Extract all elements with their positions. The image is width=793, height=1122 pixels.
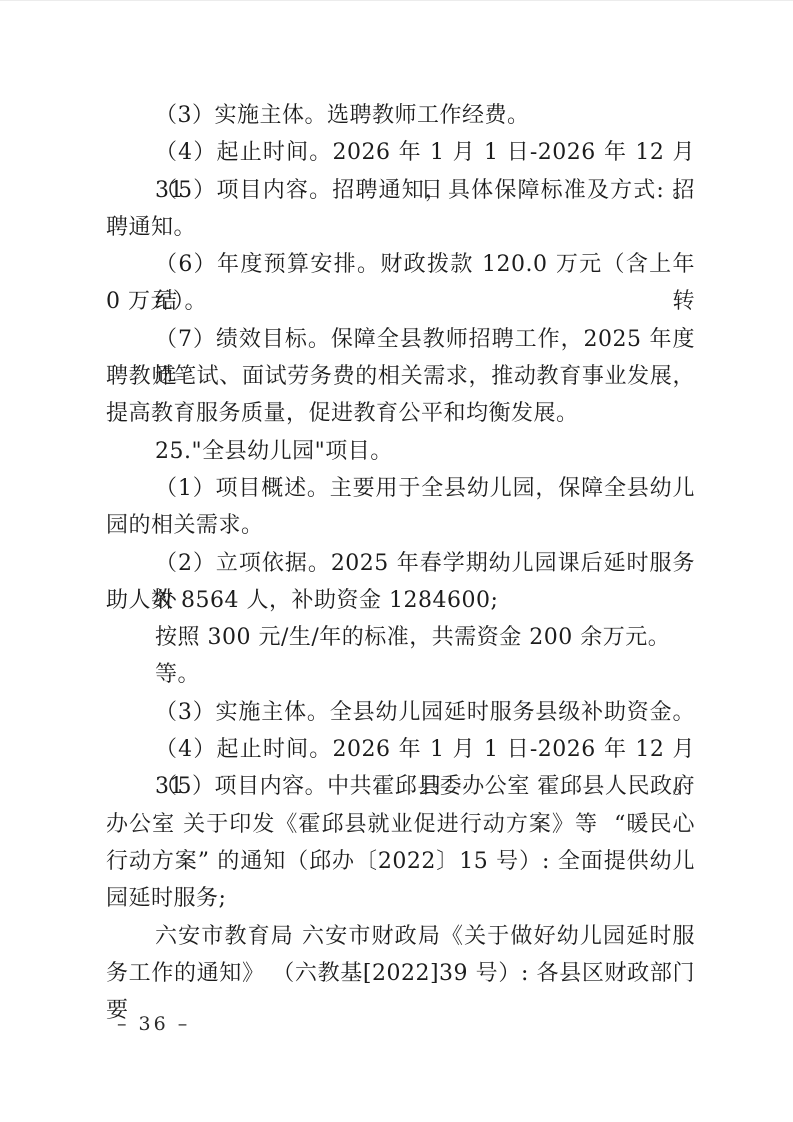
text-line: （4）起止时间。2026 年 1 月 1 日-2026 年 12 月 31 日。	[106, 134, 695, 171]
text-line: 助人数 8564 人，补助资金 1284600;	[106, 582, 695, 619]
text-line: 等。	[106, 656, 695, 693]
text-line: 务工作的通知》 （六教基[2022]39 号）: 各县区财政部门要	[106, 955, 695, 992]
text-line: （6）年度预算安排。财政拨款 120.0 万元（含上年结转	[106, 246, 695, 283]
text-line: （3）实施主体。全县幼儿园延时服务县级补助资金。	[106, 694, 695, 731]
document-page: （3）实施主体。选聘教师工作经费。（4）起止时间。2026 年 1 月 1 日-…	[0, 0, 793, 1122]
text-line: 聘通知。	[106, 209, 695, 246]
text-line: 六安市教育局 六安市财政局《关于做好幼儿园延时服	[106, 918, 695, 955]
page-number-label: – 36 –	[117, 1011, 190, 1037]
text-line: 按照 300 元/生/年的标准，共需资金 200 余万元。	[106, 619, 695, 656]
text-line: （7）绩效目标。保障全县教师招聘工作，2025 年度选	[106, 321, 695, 358]
text-line: 办公室 关于印发《霍邱县就业促进行动方案》等 “暖民心	[106, 806, 695, 843]
text-line: 提高教育服务质量，促进教育公平和均衡发展。	[106, 395, 695, 432]
text-line: 园的相关需求。	[106, 507, 695, 544]
text-line: （5）项目内容。中共霍邱县委办公室 霍邱县人民政府	[106, 768, 695, 805]
text-line: （5）项目内容。招聘通知，具体保障标准及方式: 招	[106, 172, 695, 209]
text-line: 25."全县幼儿园"项目。	[106, 433, 695, 470]
document-body: （3）实施主体。选聘教师工作经费。（4）起止时间。2026 年 1 月 1 日-…	[106, 97, 695, 992]
text-line: （4）起止时间。2026 年 1 月 1 日-2026 年 12 月 31 日。	[106, 731, 695, 768]
text-line: 聘教师笔试、面试劳务费的相关需求，推动教育事业发展，	[106, 358, 695, 395]
text-line: （2）立项依据。2025 年春学期幼儿园课后延时服务补	[106, 545, 695, 582]
text-line: （3）实施主体。选聘教师工作经费。	[106, 97, 695, 134]
text-line: 行动方案” 的通知（邱办〔2022〕15 号）: 全面提供幼儿	[106, 843, 695, 880]
text-line: 园延时服务;	[106, 880, 695, 917]
text-line: （1）项目概述。主要用于全县幼儿园，保障全县幼儿	[106, 470, 695, 507]
